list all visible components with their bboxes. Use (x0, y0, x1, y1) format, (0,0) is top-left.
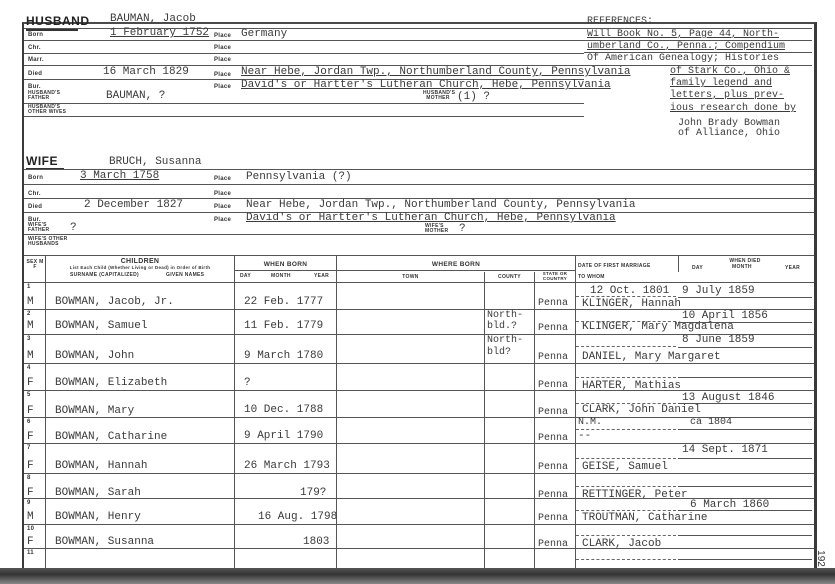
child-sex: F (27, 405, 34, 417)
child-name: BOWMAN, Mary (55, 405, 134, 417)
divider (576, 346, 676, 347)
divider (24, 282, 814, 283)
row-number: 6 (27, 419, 31, 425)
wifes-father: ? (70, 222, 77, 234)
place-label: Place (214, 84, 231, 90)
state-or-country-header: STATE OR COUNTRY (535, 271, 575, 281)
divider (24, 116, 584, 117)
divider (235, 270, 336, 271)
divider (24, 53, 584, 54)
divider (576, 510, 676, 511)
child-sex: F (27, 460, 34, 472)
year-header: YEAR (314, 273, 329, 279)
surname-header: SURNAME (CAPITALIZED) (70, 272, 139, 278)
row-number: 3 (27, 336, 31, 342)
divider (24, 473, 814, 474)
divider (678, 377, 812, 378)
month-header: MONTH (271, 273, 291, 279)
child-sex: M (27, 296, 34, 308)
row-number: 2 (27, 311, 31, 317)
divider (45, 256, 46, 570)
divider (678, 403, 812, 404)
husbands-father: BAUMAN, ? (106, 90, 165, 102)
born-label: Born (28, 175, 43, 181)
sex-header: SEX M F (26, 260, 44, 270)
place-label: Place (214, 57, 231, 63)
divider (584, 52, 812, 53)
divider (24, 548, 814, 549)
place-label: Place (214, 191, 231, 197)
place-label: Place (214, 72, 231, 78)
child-sex: M (27, 320, 34, 332)
divider (576, 458, 676, 459)
divider (678, 347, 812, 348)
child-name: BOWMAN, Susanna (55, 536, 154, 548)
spouse-name: -- (578, 430, 591, 442)
child-sex: M (27, 350, 34, 362)
husbands-mother-label: HUSBAND'S MOTHER (423, 91, 453, 101)
divider (678, 535, 812, 536)
reference-line: family legend and (670, 78, 772, 89)
chr-label: Chr. (28, 191, 41, 197)
husband-born-place: Germany (241, 28, 287, 40)
child-name: BOWMAN, Henry (55, 511, 141, 523)
row-number: 4 (27, 365, 31, 371)
spouse-name: TROUTMAN, Catharine (582, 512, 707, 524)
row-number: 10 (27, 526, 34, 532)
divider (24, 255, 814, 256)
divider (24, 103, 584, 104)
first-marriage-header: DATE OF FIRST MARRIAGE (578, 263, 651, 269)
wife-born-date: 3 March 1758 (80, 170, 159, 182)
given-names-header: GIVEN NAMES (166, 272, 204, 278)
child-birth-county: North- bld? (487, 335, 533, 359)
death-date: ca 1804 (690, 417, 732, 428)
reference-line: Will Book No. 5, Page 44, North- (587, 29, 779, 40)
town-header: TOWN (337, 274, 484, 280)
divider (576, 321, 676, 322)
child-sex: F (27, 431, 34, 443)
husband-died-place: Near Hebe, Jordan Twp., Northumberland C… (241, 66, 630, 78)
child-name: BOWMAN, Hannah (55, 460, 147, 472)
divider (678, 458, 812, 459)
to-whom-header: TO WHOM (578, 274, 605, 280)
divider (576, 429, 676, 430)
divider (484, 272, 485, 570)
child-birth-state: Penna (538, 352, 568, 363)
divider (678, 297, 812, 298)
death-date: 8 June 1859 (682, 334, 755, 346)
death-date: 14 Sept. 1871 (682, 444, 768, 456)
divider (24, 40, 584, 41)
wifes-other-husbands-label: WIFE'S OTHER HUSBANDS (28, 237, 68, 247)
wife-name: BRUCH, Susanna (109, 156, 201, 168)
row-number: 11 (27, 550, 34, 556)
place-label: Place (214, 45, 231, 51)
row-number: 7 (27, 445, 31, 451)
divider (584, 40, 812, 41)
reference-line: umberland Co., Penna.; Compendium (587, 41, 785, 52)
divider (678, 322, 812, 323)
divider (24, 234, 814, 235)
husband-died-date: 16 March 1829 (103, 66, 189, 78)
place-label: Place (214, 204, 231, 210)
wifes-father-label: WIFE'S FATHER (28, 223, 68, 233)
husband-name: BAUMAN, Jacob (110, 13, 196, 25)
divider (678, 429, 812, 430)
husband-born-date: 1 February 1752 (110, 27, 209, 39)
row-number: 8 (27, 475, 31, 481)
children-subheader: List Each Child (Whether Living or Dead)… (46, 265, 234, 270)
divider (576, 296, 676, 297)
children-header: CHILDREN (46, 258, 234, 265)
child-birth-date: ? (244, 377, 251, 389)
death-date: 9 July 1859 (682, 285, 755, 297)
child-birth-state: Penna (538, 323, 568, 334)
child-birth-county: North- bld.? (487, 310, 533, 332)
divider (576, 559, 676, 560)
place-label: Place (214, 33, 231, 39)
died-label: Died (28, 204, 42, 210)
died-month-header: MONTH (732, 264, 752, 270)
child-sex: F (27, 536, 34, 548)
child-birth-date: 16 Aug. 1798 (258, 511, 337, 523)
child-sex: M (27, 511, 34, 523)
page-number: 192 (815, 550, 826, 567)
divider (26, 29, 78, 31)
child-birth-date: 26 March 1793 (244, 460, 330, 472)
marriage-date: N.M. (578, 417, 602, 428)
child-birth-state: Penna (538, 462, 568, 473)
child-name: BOWMAN, Jacob, Jr. (55, 296, 174, 308)
place-label: Place (214, 176, 231, 182)
child-birth-date: 11 Feb. 1779 (244, 320, 323, 332)
county-header: COUNTY (485, 274, 534, 280)
wife-section-label: WIFE (26, 154, 58, 168)
born-label: Born (28, 32, 43, 38)
reference-line: ious research done by (670, 103, 796, 114)
divider (24, 390, 814, 391)
divider (584, 65, 812, 66)
husbands-other-wives-label: HUSBAND'S OTHER WIVES (28, 105, 78, 115)
divider (24, 28, 584, 29)
child-name: BOWMAN, Elizabeth (55, 377, 167, 389)
wifes-mother-label: WIFE'S MOTHER (425, 224, 455, 234)
divider (576, 403, 676, 404)
spouse-name: RETTINGER, Peter (582, 489, 688, 501)
husband-section-label: HUSBAND (26, 14, 90, 28)
row-number: 5 (27, 392, 31, 398)
died-label: Died (28, 71, 42, 77)
husbands-father-label: HUSBAND'S FATHER (28, 91, 78, 101)
divider (678, 510, 812, 511)
divider (678, 486, 812, 487)
child-name: BOWMAN, John (55, 350, 134, 362)
marr-label: Marr. (28, 57, 44, 63)
child-birth-state: Penna (538, 513, 568, 524)
died-day-header: DAY (692, 265, 703, 271)
day-header: DAY (240, 273, 251, 279)
divider (576, 486, 676, 487)
divider (534, 272, 535, 570)
wife-died-place: Near Hebe, Jordan Twp., Northumberland C… (246, 199, 635, 211)
when-born-header: WHEN BORN (235, 261, 336, 268)
spouse-name: GEISE, Samuel (582, 461, 668, 473)
child-birth-date: 10 Dec. 1788 (244, 404, 323, 416)
row-number: 1 (27, 284, 31, 290)
child-birth-date: 1803 (303, 536, 329, 548)
chr-label: Chr. (28, 45, 41, 51)
reference-line: of Stark Co., Ohio & (670, 66, 790, 77)
wife-born-place: Pennsylvania (?) (246, 171, 352, 183)
wife-died-date: 2 December 1827 (84, 199, 183, 211)
spouse-name: DANIEL, Mary Margaret (582, 351, 721, 363)
reference-line: of Alliance, Ohio (678, 128, 780, 139)
divider (234, 256, 235, 570)
divider (24, 363, 814, 364)
child-name: BOWMAN, Catharine (55, 431, 167, 443)
child-birth-state: Penna (538, 298, 568, 309)
died-year-header: YEAR (785, 265, 800, 271)
child-birth-date: 9 April 1790 (244, 430, 323, 442)
divider (24, 184, 814, 185)
child-birth-date: 9 March 1780 (244, 350, 323, 362)
row-number: 9 (27, 500, 31, 506)
divider (576, 535, 676, 536)
reference-line: Of American Genealogy; Histories (587, 53, 779, 64)
scan-edge-shadow (0, 568, 835, 584)
child-birth-date: 22 Feb. 1777 (244, 296, 323, 308)
divider (575, 256, 576, 570)
husbands-mother: (1) ? (457, 91, 490, 103)
where-born-header: WHERE BORN (337, 261, 575, 268)
reference-line: letters, plus prev- (670, 90, 784, 101)
divider (24, 524, 814, 525)
references-label: REFERENCES: (587, 16, 653, 27)
divider (576, 377, 676, 378)
spouse-name: CLARK, John Daniel (582, 404, 701, 416)
child-sex: F (27, 377, 34, 389)
divider (678, 559, 812, 560)
divider (584, 28, 812, 29)
place-label: Place (214, 217, 231, 223)
child-name: BOWMAN, Samuel (55, 320, 147, 332)
child-birth-state: Penna (538, 490, 568, 501)
